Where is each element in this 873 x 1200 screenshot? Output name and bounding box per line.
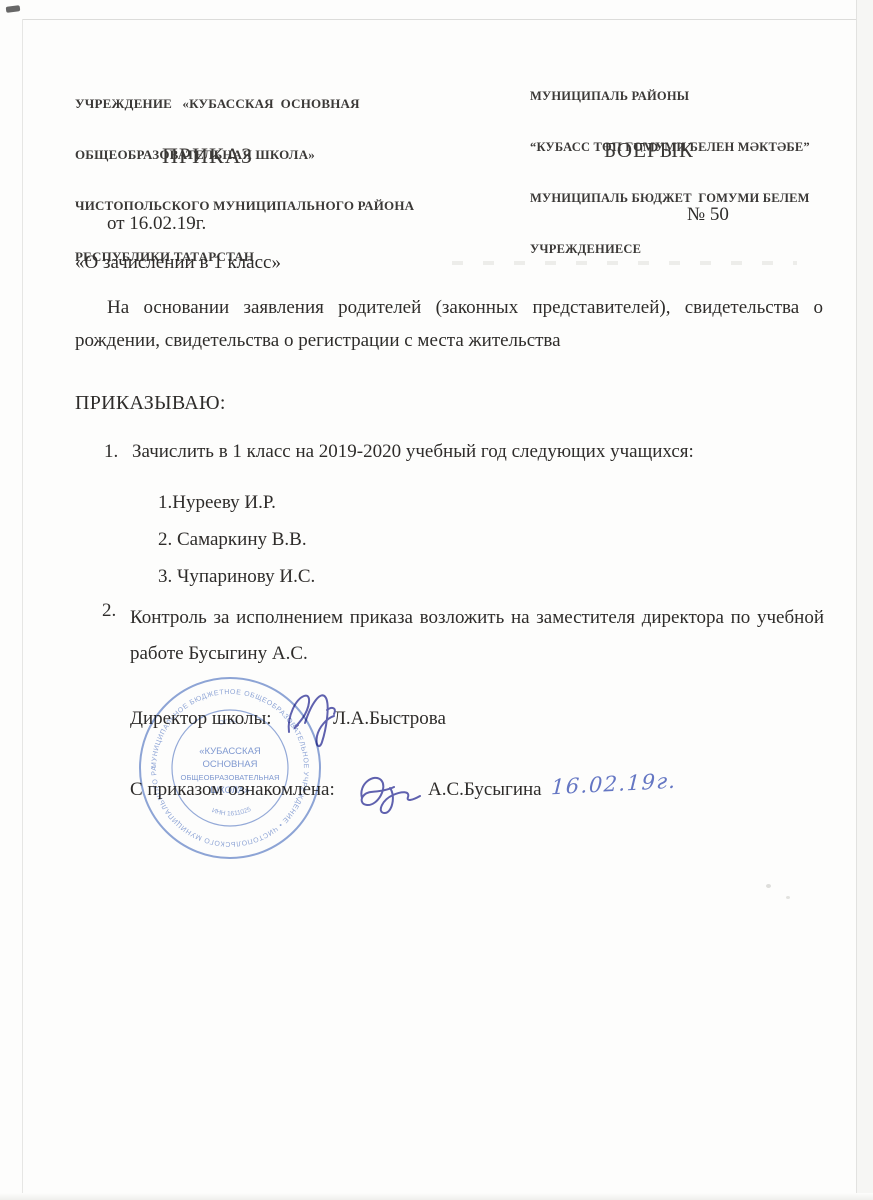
- scan-edge-bottom: [0, 1193, 873, 1200]
- order-number: № 50: [687, 204, 729, 226]
- decree-word: ПРИКАЗЫВАЮ:: [75, 392, 226, 415]
- org-line: МУНИЦИПАЛЬ БЮДЖЕТ ГОМУМИ БЕЛЕМ: [530, 190, 840, 207]
- stamp-center-line: ШКОЛА»: [210, 785, 249, 796]
- handwritten-date: 16.02.19г.: [550, 769, 677, 800]
- order-item-marker: 2.: [102, 600, 116, 622]
- org-line: МУНИЦИПАЛЬ РАЙОНЫ: [530, 88, 840, 105]
- director-name: Л.А.Быстрова: [333, 708, 446, 730]
- scan-corner-mark: [6, 5, 21, 13]
- stamp-center-line: ОСНОВНАЯ: [203, 759, 258, 770]
- order-basis-paragraph: На основании заявления родителей (законн…: [75, 291, 823, 357]
- order-item-text: Контроль за исполнением приказа возложит…: [130, 600, 824, 672]
- scan-speck: [786, 896, 790, 899]
- scan-edge-top: [22, 19, 856, 20]
- stamp-center-line: «КУБАССКАЯ: [199, 746, 261, 757]
- student-list-item: 2. Самаркину В.В.: [158, 529, 307, 551]
- acknowledged-name: А.С.Бусыгина: [428, 779, 542, 801]
- scan-speck: [766, 884, 771, 888]
- svg-text:ИНН 1611025: ИНН 1611025: [211, 806, 253, 818]
- order-date: от 16.02.19г.: [107, 213, 206, 235]
- order-item-marker: 1.: [104, 441, 118, 463]
- doc-title-tatar: БОЕРЫК: [604, 138, 694, 163]
- scan-edge-right: [856, 0, 857, 1200]
- doc-title-russian: ПРИКАЗ: [162, 143, 253, 169]
- order-subject: «О зачислении в 1 класс»: [75, 252, 281, 274]
- order-item-text: Зачислить в 1 класс на 2019-2020 учебный…: [132, 441, 798, 463]
- scanned-order-document: УЧРЕЖДЕНИЕ «КУБАССКАЯ ОСНОВНАЯ ОБЩЕОБРАЗ…: [0, 0, 873, 1200]
- student-list-item: 1.Нурееву И.Р.: [158, 492, 276, 514]
- acknowledged-signature-ink: [350, 768, 430, 820]
- stamp-inn-text: ИНН 1611025: [211, 806, 253, 818]
- org-line: УЧРЕЖДЕНИЕСЕ: [530, 241, 840, 258]
- stamp-ogrn-text: ОГРН: [218, 719, 237, 727]
- scan-edge-left: [22, 19, 23, 1194]
- student-list-item: 3. Чупаринову И.С.: [158, 566, 315, 588]
- org-line: УЧРЕЖДЕНИЕ «КУБАССКАЯ ОСНОВНАЯ: [75, 95, 415, 112]
- org-line: ЧИСТОПОЛЬСКОГО МУНИЦИПАЛЬНОГО РАЙОНА: [75, 197, 415, 214]
- org-name-tatar: МУНИЦИПАЛЬ РАЙОНЫ “КУБАСС ТӨП ГОМУМИ БЕЛ…: [530, 54, 840, 292]
- stamp-center-line: ОБЩЕОБРАЗОВАТЕЛЬНАЯ: [181, 773, 280, 782]
- scan-edge-right-strip: [857, 0, 873, 1200]
- svg-text:ОГРН: ОГРН: [218, 719, 237, 727]
- official-round-stamp: МУНИЦИПАЛЬНОЕ БЮДЖЕТНОЕ ОБЩЕОБРАЗОВАТЕЛЬ…: [134, 672, 326, 864]
